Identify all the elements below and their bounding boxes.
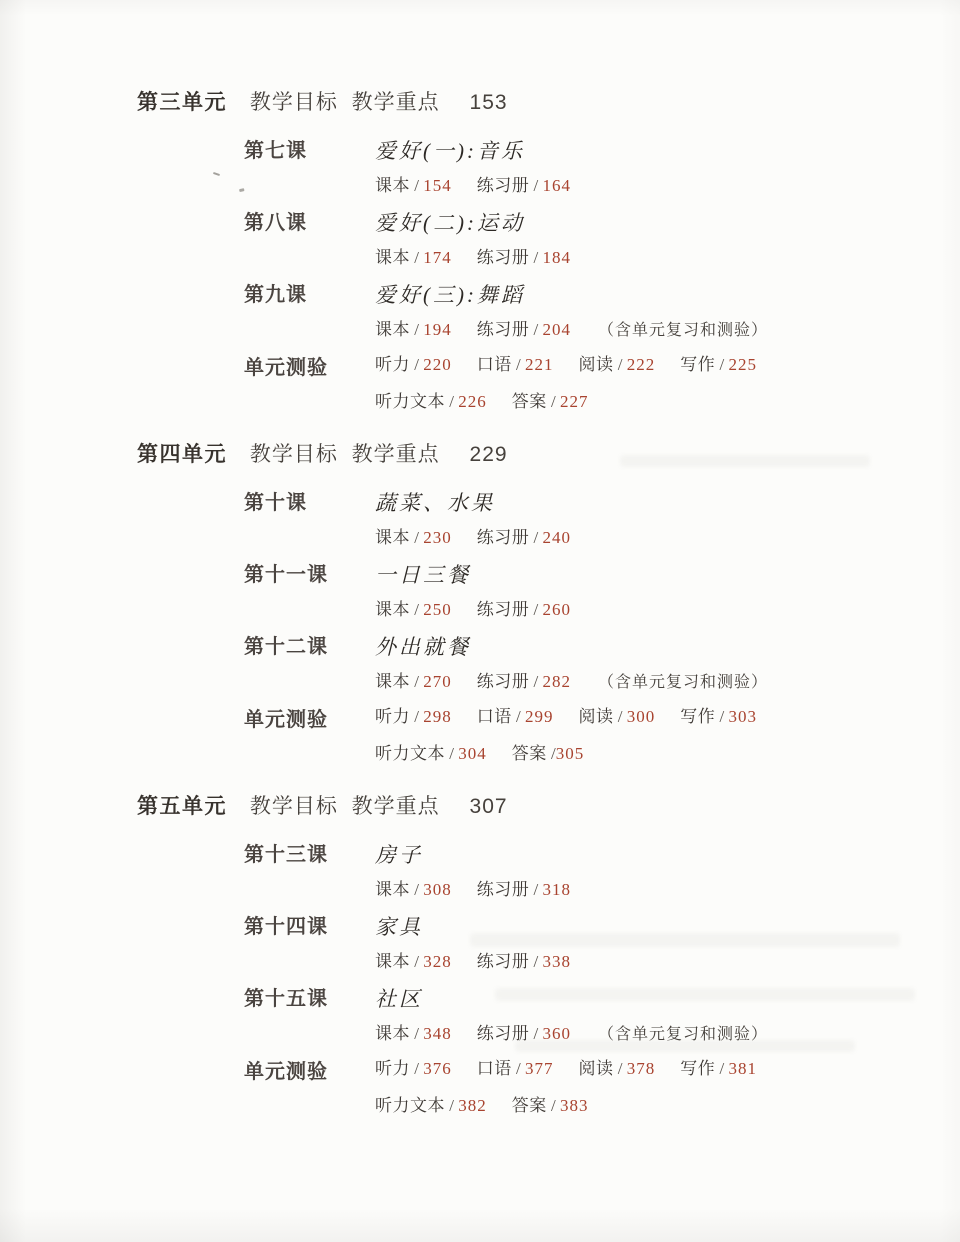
- page-ref-label: 课本: [375, 952, 410, 971]
- page-ref: 课本 / 308: [375, 880, 452, 899]
- page-ref-label: 答案: [512, 1096, 547, 1115]
- page-ref-label: 练习册: [477, 176, 530, 195]
- unit-lessons: 第十课 蔬菜、水果 课本 / 230练习册 / 240 第十一课 一日三餐 课本…: [137, 488, 924, 695]
- page-ref-slash: /: [512, 707, 525, 726]
- lesson-number: 第十五课: [244, 984, 375, 1047]
- page-ref: 课本 / 154: [375, 176, 452, 195]
- page-ref-slash: /: [410, 1059, 423, 1078]
- unit-subtitle: 教学目标 教学重点: [250, 443, 440, 466]
- page-ref-number: 230: [423, 528, 452, 547]
- page-ref-number: 225: [728, 355, 757, 374]
- page-ref-slash: /: [410, 320, 423, 339]
- unit-subtitle: 教学目标 教学重点: [250, 795, 440, 818]
- page-ref: 课本 / 348: [375, 1024, 452, 1043]
- page-ref: 课本 / 230: [375, 528, 452, 547]
- page-ref: 阅读 / 300: [578, 707, 655, 726]
- page-ref-label: 阅读: [578, 1059, 613, 1078]
- page-ref-label: 写作: [680, 355, 715, 374]
- page-ref-number: 338: [542, 952, 571, 971]
- page-ref-number: 164: [542, 176, 571, 195]
- page-ref: 课本 / 328: [375, 952, 452, 971]
- page-ref: 练习册 / 184: [477, 248, 571, 267]
- page-ref: 答案 /305: [512, 744, 584, 763]
- lesson-body: 房子 课本 / 308练习册 / 318: [375, 840, 924, 902]
- lesson-number: 第九课: [244, 280, 375, 343]
- page-ref: 练习册 / 164: [477, 176, 571, 195]
- page-ref-label: 课本: [375, 600, 410, 619]
- page-ref-slash: /: [410, 248, 423, 267]
- lesson-title: 一日三餐: [375, 560, 924, 590]
- page-ref-number: 204: [542, 320, 571, 339]
- page-ref-number: 378: [627, 1059, 656, 1078]
- page-ref: 练习册 / 204: [477, 320, 571, 339]
- lesson-note: （含单元复习和测验）: [598, 322, 768, 339]
- page-ref: 练习册 / 282: [477, 672, 571, 691]
- unit-test-body: 听力 / 220口语 / 221阅读 / 222写作 / 225 听力文本 / …: [375, 353, 924, 414]
- page-ref: 阅读 / 378: [578, 1059, 655, 1078]
- page-ref-label: 口语: [477, 707, 512, 726]
- page-ref-label: 阅读: [578, 355, 613, 374]
- test-line-2: 听力文本 / 304答案 /305: [375, 742, 924, 766]
- page-ref-number: 226: [458, 392, 487, 411]
- lesson-note: （含单元复习和测验）: [598, 1026, 768, 1043]
- lesson-row: 第七课 爱好(一):音乐 课本 / 154练习册 / 164: [244, 136, 924, 198]
- page-ref-number: 282: [542, 672, 571, 691]
- page-ref-slash: /: [547, 744, 556, 763]
- page-ref-slash: /: [529, 528, 542, 547]
- test-line-1: 听力 / 376口语 / 377阅读 / 378写作 / 381: [375, 1057, 924, 1081]
- page-ref-slash: /: [529, 952, 542, 971]
- page-ref-label: 练习册: [477, 672, 530, 691]
- lesson-number: 第十课: [244, 488, 375, 550]
- page-ref: 写作 / 225: [680, 355, 757, 374]
- page-ref-number: 308: [423, 880, 452, 899]
- page-ref-number: 298: [423, 707, 452, 726]
- page-ref-label: 阅读: [578, 707, 613, 726]
- page-ref: 写作 / 381: [680, 1059, 757, 1078]
- test-line-1: 听力 / 220口语 / 221阅读 / 222写作 / 225: [375, 353, 924, 377]
- page-ref-label: 课本: [375, 320, 410, 339]
- lesson-number: 第十四课: [244, 912, 375, 974]
- page-ref: 课本 / 194: [375, 320, 452, 339]
- lesson-title: 社区: [375, 984, 924, 1014]
- page-ref-number: 220: [423, 355, 452, 374]
- page-ref-slash: /: [410, 707, 423, 726]
- page-ref-slash: /: [613, 707, 626, 726]
- lesson-number: 第十一课: [244, 560, 375, 622]
- unit-test-row: 单元测验 听力 / 376口语 / 377阅读 / 378写作 / 381 听力…: [244, 1057, 924, 1118]
- page-ref-slash: /: [529, 880, 542, 899]
- page-ref-number: 360: [542, 1024, 571, 1043]
- page-ref: 听力文本 / 382: [375, 1096, 487, 1115]
- page-ref-label: 口语: [477, 355, 512, 374]
- page-ref-number: 240: [542, 528, 571, 547]
- lesson-pages: 课本 / 270练习册 / 282（含单元复习和测验）: [375, 670, 924, 695]
- lesson-row: 第十四课 家具 课本 / 328练习册 / 338: [244, 912, 924, 974]
- unit-lessons: 第十三课 房子 课本 / 308练习册 / 318 第十四课 家具 课本 / 3…: [137, 840, 924, 1047]
- page-ref: 听力文本 / 304: [375, 744, 487, 763]
- page-ref-number: 303: [728, 707, 757, 726]
- lesson-body: 社区 课本 / 348练习册 / 360（含单元复习和测验）: [375, 984, 924, 1047]
- unit-section: 第四单元 教学目标 教学重点 229 第十课 蔬菜、水果 课本 / 230练习册…: [137, 440, 924, 766]
- page-ref: 练习册 / 360: [477, 1024, 571, 1043]
- page-ref-label: 听力: [375, 707, 410, 726]
- page-ref-label: 口语: [477, 1059, 512, 1078]
- page-ref-slash: /: [529, 600, 542, 619]
- page-ref-label: 课本: [375, 176, 410, 195]
- page-ref: 练习册 / 338: [477, 952, 571, 971]
- page-ref: 课本 / 250: [375, 600, 452, 619]
- lesson-number: 第十三课: [244, 840, 375, 902]
- lesson-number: 第七课: [244, 136, 375, 198]
- page-ref-slash: /: [410, 952, 423, 971]
- unit-test-row: 单元测验 听力 / 298口语 / 299阅读 / 300写作 / 303 听力…: [244, 705, 924, 766]
- lesson-title: 房子: [375, 840, 924, 870]
- lesson-row: 第十五课 社区 课本 / 348练习册 / 360（含单元复习和测验）: [244, 984, 924, 1047]
- unit-test-label: 单元测验: [244, 353, 375, 414]
- page-ref-number: 304: [458, 744, 487, 763]
- page-ref-number: 348: [423, 1024, 452, 1043]
- page-ref-slash: /: [410, 528, 423, 547]
- lesson-row: 第十一课 一日三餐 课本 / 250练习册 / 260: [244, 560, 924, 622]
- lesson-body: 爱好(二):运动 课本 / 174练习册 / 184: [375, 208, 924, 270]
- test-line-2: 听力文本 / 382答案 / 383: [375, 1094, 924, 1118]
- page-ref-label: 听力文本: [375, 392, 445, 411]
- page-ref-label: 课本: [375, 528, 410, 547]
- lesson-body: 蔬菜、水果 课本 / 230练习册 / 240: [375, 488, 924, 550]
- lesson-pages: 课本 / 328练习册 / 338: [375, 950, 924, 974]
- lesson-number: 第十二课: [244, 632, 375, 695]
- unit-test-row: 单元测验 听力 / 220口语 / 221阅读 / 222写作 / 225 听力…: [244, 353, 924, 414]
- test-line-2: 听力文本 / 226答案 / 227: [375, 390, 924, 414]
- page-ref: 练习册 / 240: [477, 528, 571, 547]
- lesson-pages: 课本 / 308练习册 / 318: [375, 878, 924, 902]
- page-ref: 口语 / 377: [477, 1059, 554, 1078]
- page-ref-slash: /: [529, 176, 542, 195]
- page-ref-number: 382: [458, 1096, 487, 1115]
- page-ref-label: 听力: [375, 1059, 410, 1078]
- page-ref-number: 222: [627, 355, 656, 374]
- page-ref-slash: /: [715, 707, 728, 726]
- page-ref-number: 328: [423, 952, 452, 971]
- page-ref: 听力 / 376: [375, 1059, 452, 1078]
- page-ref-number: 318: [542, 880, 571, 899]
- lesson-title: 爱好(二):运动: [375, 208, 924, 238]
- page-ref-number: 377: [525, 1059, 554, 1078]
- page-ref-slash: /: [445, 744, 458, 763]
- page-ref-label: 听力: [375, 355, 410, 374]
- page-ref-label: 练习册: [477, 528, 530, 547]
- lesson-pages: 课本 / 250练习册 / 260: [375, 598, 924, 622]
- page-ref-label: 练习册: [477, 1024, 530, 1043]
- toc-content: 第三单元 教学目标 教学重点 153 第七课 爱好(一):音乐 课本 / 154…: [137, 88, 924, 1144]
- page-ref-label: 练习册: [477, 952, 530, 971]
- page-ref-number: 194: [423, 320, 452, 339]
- lesson-title: 爱好(三):舞蹈: [375, 280, 924, 310]
- page-ref: 听力 / 220: [375, 355, 452, 374]
- page-ref: 阅读 / 222: [578, 355, 655, 374]
- lesson-body: 爱好(一):音乐 课本 / 154练习册 / 164: [375, 136, 924, 198]
- page-ref: 答案 / 227: [512, 392, 589, 411]
- lesson-body: 外出就餐 课本 / 270练习册 / 282（含单元复习和测验）: [375, 632, 924, 695]
- unit-test-label: 单元测验: [244, 705, 375, 766]
- page-ref: 口语 / 299: [477, 707, 554, 726]
- page-ref-number: 270: [423, 672, 452, 691]
- page-ref-number: 154: [423, 176, 452, 195]
- page-ref-label: 练习册: [477, 320, 530, 339]
- page-ref-slash: /: [529, 248, 542, 267]
- page-ref-slash: /: [529, 1024, 542, 1043]
- page-ref-slash: /: [715, 1059, 728, 1078]
- lesson-row: 第十三课 房子 课本 / 308练习册 / 318: [244, 840, 924, 902]
- page-ref: 听力文本 / 226: [375, 392, 487, 411]
- unit-page-number: 229: [470, 443, 508, 466]
- unit-subtitle: 教学目标 教学重点: [250, 91, 440, 114]
- scanned-toc-page: 第三单元 教学目标 教学重点 153 第七课 爱好(一):音乐 课本 / 154…: [0, 0, 960, 1242]
- lesson-row: 第九课 爱好(三):舞蹈 课本 / 194练习册 / 204（含单元复习和测验）: [244, 280, 924, 343]
- unit-page-number: 307: [470, 795, 508, 818]
- page-ref-slash: /: [445, 1096, 458, 1115]
- page-ref-slash: /: [410, 355, 423, 374]
- page-ref-number: 184: [542, 248, 571, 267]
- page-ref-number: 300: [627, 707, 656, 726]
- lesson-number: 第八课: [244, 208, 375, 270]
- lesson-row: 第八课 爱好(二):运动 课本 / 174练习册 / 184: [244, 208, 924, 270]
- page-ref-label: 听力文本: [375, 1096, 445, 1115]
- page-ref: 练习册 / 260: [477, 600, 571, 619]
- unit-section: 第五单元 教学目标 教学重点 307 第十三课 房子 课本 / 308练习册 /…: [137, 792, 924, 1118]
- lesson-title: 蔬菜、水果: [375, 488, 924, 518]
- page-ref-label: 答案: [512, 744, 547, 763]
- page-ref-number: 260: [542, 600, 571, 619]
- page-ref-number: 299: [525, 707, 554, 726]
- lesson-title: 爱好(一):音乐: [375, 136, 924, 166]
- page-ref-slash: /: [410, 1024, 423, 1043]
- page-ref-number: 174: [423, 248, 452, 267]
- page-ref-number: 227: [560, 392, 589, 411]
- page-ref-slash: /: [445, 392, 458, 411]
- test-line-1: 听力 / 298口语 / 299阅读 / 300写作 / 303: [375, 705, 924, 729]
- page-ref-label: 写作: [680, 707, 715, 726]
- page-ref: 写作 / 303: [680, 707, 757, 726]
- page-ref-number: 383: [560, 1096, 589, 1115]
- page-ref-number: 381: [728, 1059, 757, 1078]
- lesson-pages: 课本 / 348练习册 / 360（含单元复习和测验）: [375, 1022, 924, 1047]
- page-ref-slash: /: [512, 1059, 525, 1078]
- page-ref-label: 练习册: [477, 600, 530, 619]
- page-ref-slash: /: [410, 176, 423, 195]
- lesson-note: （含单元复习和测验）: [598, 674, 768, 691]
- page-ref-label: 听力文本: [375, 744, 445, 763]
- page-ref-slash: /: [715, 355, 728, 374]
- page-ref-label: 课本: [375, 880, 410, 899]
- unit-header: 第四单元 教学目标 教学重点 229: [137, 440, 924, 470]
- page-ref-slash: /: [547, 392, 560, 411]
- page-ref-slash: /: [613, 1059, 626, 1078]
- lesson-body: 爱好(三):舞蹈 课本 / 194练习册 / 204（含单元复习和测验）: [375, 280, 924, 343]
- lesson-pages: 课本 / 154练习册 / 164: [375, 174, 924, 198]
- page-ref-slash: /: [547, 1096, 560, 1115]
- page-ref-slash: /: [512, 355, 525, 374]
- page-ref: 课本 / 174: [375, 248, 452, 267]
- page-ref-label: 写作: [680, 1059, 715, 1078]
- page-ref-number: 221: [525, 355, 554, 374]
- page-ref-number: 250: [423, 600, 452, 619]
- lesson-pages: 课本 / 194练习册 / 204（含单元复习和测验）: [375, 318, 924, 343]
- page-ref-label: 课本: [375, 248, 410, 267]
- lesson-body: 家具 课本 / 328练习册 / 338: [375, 912, 924, 974]
- unit-section: 第三单元 教学目标 教学重点 153 第七课 爱好(一):音乐 课本 / 154…: [137, 88, 924, 414]
- lesson-pages: 课本 / 174练习册 / 184: [375, 246, 924, 270]
- unit-title: 第四单元: [137, 443, 227, 466]
- page-ref-label: 课本: [375, 1024, 410, 1043]
- lesson-body: 一日三餐 课本 / 250练习册 / 260: [375, 560, 924, 622]
- page-ref: 答案 / 383: [512, 1096, 589, 1115]
- page-ref-slash: /: [613, 355, 626, 374]
- page-ref: 练习册 / 318: [477, 880, 571, 899]
- unit-test-body: 听力 / 376口语 / 377阅读 / 378写作 / 381 听力文本 / …: [375, 1057, 924, 1118]
- lesson-row: 第十课 蔬菜、水果 课本 / 230练习册 / 240: [244, 488, 924, 550]
- lesson-pages: 课本 / 230练习册 / 240: [375, 526, 924, 550]
- unit-lessons: 第七课 爱好(一):音乐 课本 / 154练习册 / 164 第八课 爱好(二)…: [137, 136, 924, 343]
- page-ref-number: 305: [556, 744, 585, 763]
- page-ref-label: 课本: [375, 672, 410, 691]
- page-ref: 课本 / 270: [375, 672, 452, 691]
- unit-title: 第三单元: [137, 91, 227, 114]
- page-ref-label: 答案: [512, 392, 547, 411]
- page-ref-slash: /: [410, 672, 423, 691]
- unit-test-body: 听力 / 298口语 / 299阅读 / 300写作 / 303 听力文本 / …: [375, 705, 924, 766]
- page-ref-slash: /: [410, 600, 423, 619]
- page-ref-slash: /: [529, 320, 542, 339]
- page-ref-slash: /: [410, 880, 423, 899]
- unit-page-number: 153: [470, 91, 508, 114]
- unit-header: 第三单元 教学目标 教学重点 153: [137, 88, 924, 118]
- lesson-title: 外出就餐: [375, 632, 924, 662]
- lesson-row: 第十二课 外出就餐 课本 / 270练习册 / 282（含单元复习和测验）: [244, 632, 924, 695]
- page-ref: 听力 / 298: [375, 707, 452, 726]
- page-ref: 口语 / 221: [477, 355, 554, 374]
- unit-test-label: 单元测验: [244, 1057, 375, 1118]
- page-ref-number: 376: [423, 1059, 452, 1078]
- page-ref-label: 练习册: [477, 248, 530, 267]
- unit-title: 第五单元: [137, 795, 227, 818]
- lesson-title: 家具: [375, 912, 924, 942]
- page-ref-label: 练习册: [477, 880, 530, 899]
- unit-header: 第五单元 教学目标 教学重点 307: [137, 792, 924, 822]
- page-ref-slash: /: [529, 672, 542, 691]
